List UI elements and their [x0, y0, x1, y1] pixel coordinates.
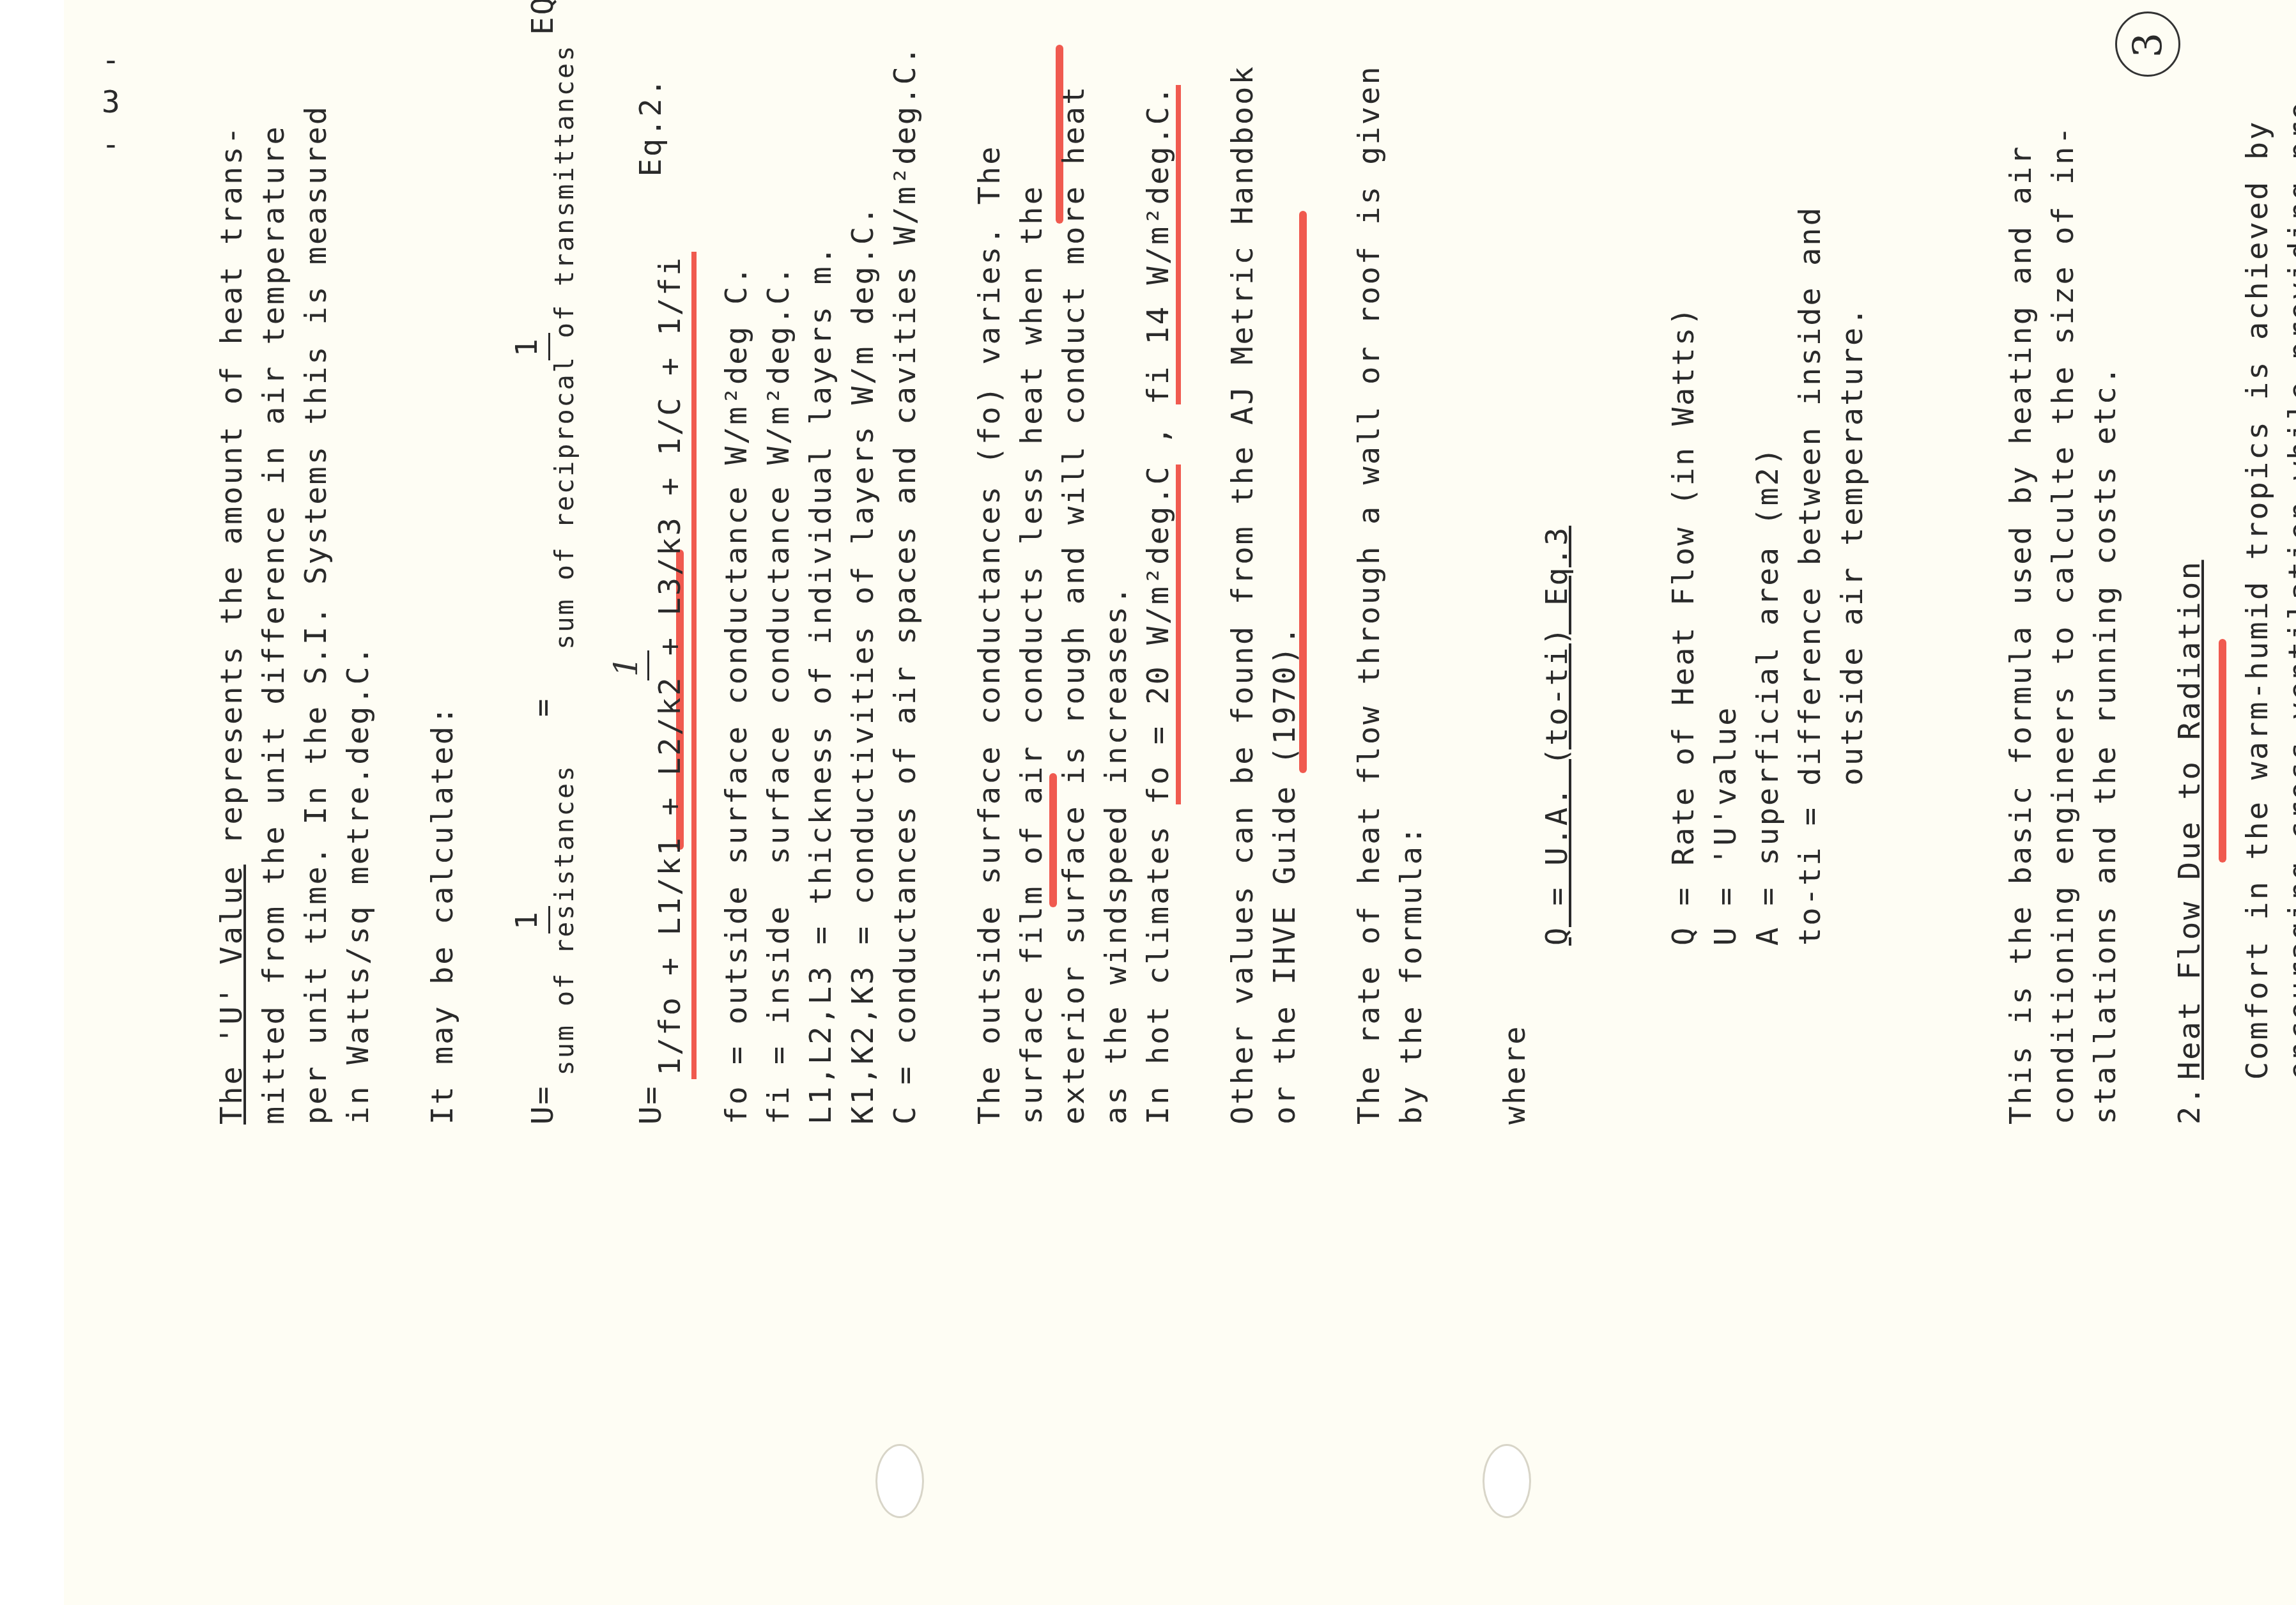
punch-hole-bottom: [1483, 1444, 1531, 1518]
where-label: where: [1452, 946, 1958, 1125]
basic-formula-paragraph: This is the basic formula used by heatin…: [2000, 77, 2127, 1125]
hot-climate-fo: fo = 20 W/m²deg.C: [1141, 465, 1181, 804]
definitions-list: fo = outside surface conductance W/m²deg…: [716, 77, 927, 1125]
page-marker: - 3 -: [102, 39, 153, 165]
rate-paragraph: The rate of heat flow through a wall or …: [1348, 77, 1433, 1125]
eq3-formula: Q = U.A. (to-ti) Eq.3: [1536, 206, 1578, 946]
where-block: where Q = U.A. (to-ti) Eq.3 Q = Rate of …: [1452, 77, 1958, 1125]
other-values-paragraph: Other values can be found from the AJ Me…: [1222, 77, 1306, 1125]
eq1-fraction-2: 1sum of reciprocal of transmittances: [506, 40, 580, 654]
comfort-paragraph: Comfort in the warm-humid tropics is ach…: [2237, 77, 2296, 1080]
eq1-fraction-1: 1sum of resistances: [506, 760, 580, 1079]
u-value-term: The 'U' Value: [214, 864, 249, 1125]
circled-page-number: 3: [2115, 12, 2180, 77]
eq1-lhs: U=: [522, 1084, 564, 1125]
equation-2: U= 1 1/fo + L1/k1 + L2/k2 + L3/k3 + 1/C …: [605, 77, 697, 1125]
u-value-paragraph: The 'U' Value represents the amount of h…: [211, 77, 380, 1125]
rotated-document-body: - 3 - The 'U' Value represents the amoun…: [211, 77, 1936, 1125]
red-marker-eq4: [2219, 639, 2226, 863]
outside-conductance-paragraph: The outside surface conductances (fo) va…: [969, 77, 1180, 1125]
calc-intro: It may be calculated:: [422, 77, 464, 1125]
eq2-fraction: 1 1/fo + L1/k1 + L2/k2 + L3/k3 + 1/C + 1…: [605, 252, 697, 1079]
eq1-label: EQ.1.: [522, 0, 564, 35]
hot-climate-fi: fi 14 W/m²deg.C.: [1141, 85, 1181, 405]
section-number: 2.: [2169, 1080, 2211, 1125]
eq1-equals: =: [522, 697, 564, 717]
eq2-lhs: U=: [630, 1084, 672, 1125]
section-title: Heat Flow Due to Radiation: [2169, 560, 2211, 1080]
eq2-label: Eq.2.: [630, 77, 672, 176]
equation-1: U= 1sum of resistances = 1sum of recipro…: [506, 77, 580, 1125]
punch-hole-top: [875, 1444, 924, 1518]
section-2-heading: 2. Heat Flow Due to Radiation: [2169, 77, 2211, 1125]
